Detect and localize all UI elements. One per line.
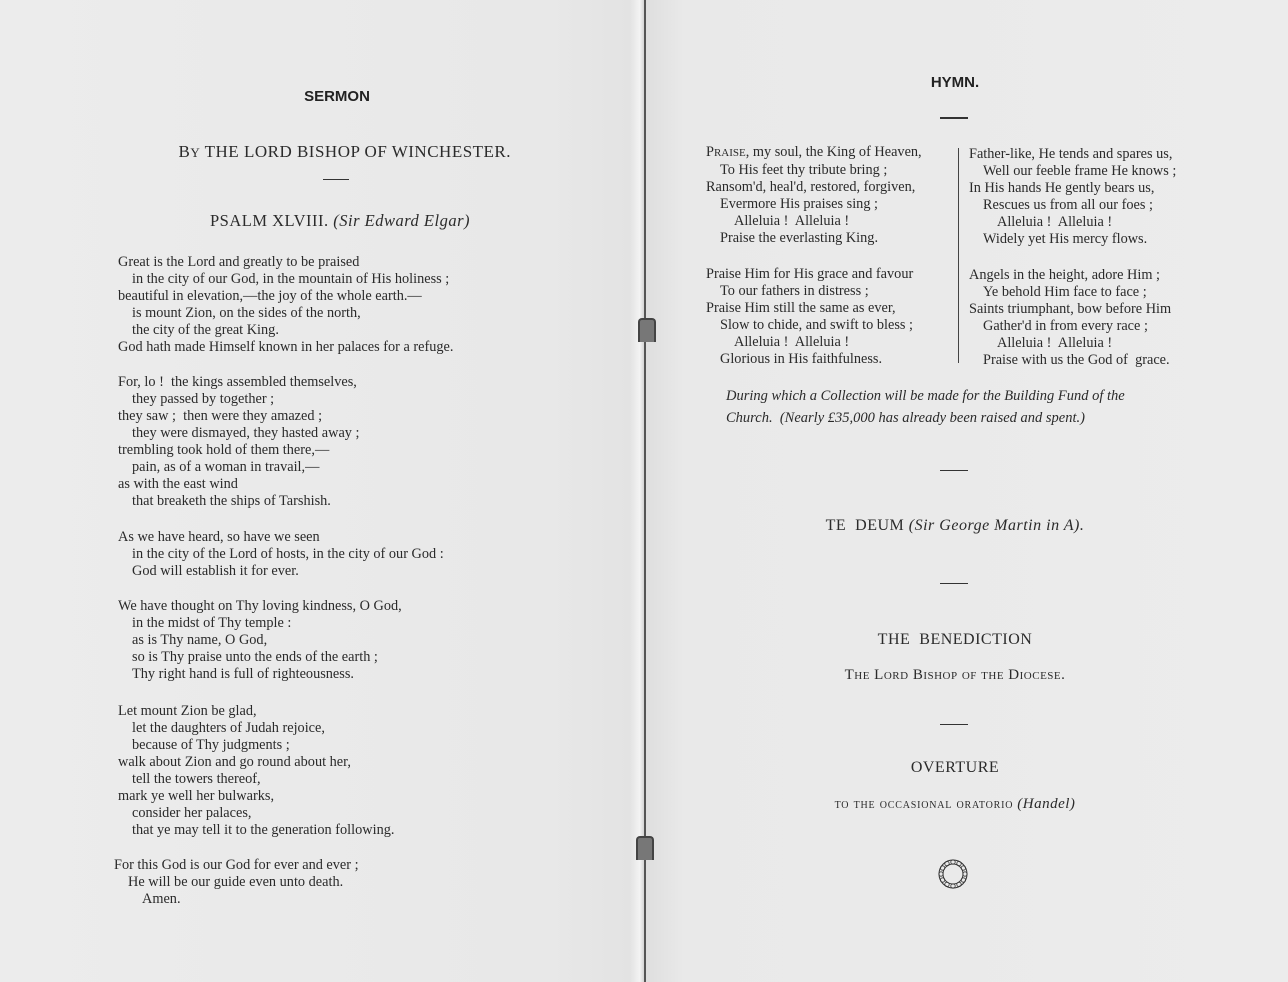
psalm-line: as with the east wind: [118, 476, 538, 493]
psalm-line: consider her palaces,: [118, 805, 538, 822]
hymn-line: In His hands He gently bears us,: [969, 180, 1219, 197]
hymn-line: Well our feeble frame He knows ;: [969, 163, 1219, 180]
psalm-line: beautiful in elevation,—the joy of the w…: [118, 288, 538, 305]
hymn-stanza: Praise Him for His grace and favourTo ou…: [706, 266, 956, 368]
benediction-by: The Lord Bishop of the Diocese.: [780, 667, 1130, 684]
psalm-stanza: For this God is our God for ever and eve…: [114, 857, 538, 908]
section-divider: [940, 470, 968, 471]
hymn-line: Father-like, He tends and spares us,: [969, 146, 1219, 163]
psalm-line: as is Thy name, O God,: [118, 632, 538, 649]
psalm-line: Amen.: [114, 891, 538, 908]
psalm-composer: (Sir Edward Elgar): [333, 211, 470, 230]
psalm-line: in the midst of Thy temple :: [118, 615, 538, 632]
psalm-line: pain, as of a woman in travail,—: [118, 459, 538, 476]
collection-note-line-2: Church. (Nearly £35,000 has already been…: [726, 407, 1206, 429]
psalm-line: the city of the great King.: [118, 322, 538, 339]
psalm-line: in the city of the Lord of hosts, in the…: [118, 546, 538, 563]
psalm-stanza: As we have heard, so have we seenin the …: [118, 529, 538, 580]
overture-composer: (Handel): [1017, 796, 1075, 812]
psalm-line: tell the towers thereof,: [118, 771, 538, 788]
hymn-column-right: Father-like, He tends and spares us,Well…: [969, 146, 1219, 369]
psalm-line: Let mount Zion be glad,: [118, 703, 538, 720]
overture-title: OVERTURE: [855, 759, 1055, 777]
hymn-line: Alleluia ! Alleluia !: [706, 213, 956, 230]
te-deum-title: TE DEUM (Sir George Martin in A).: [780, 517, 1130, 535]
psalm-line: He will be our guide even unto death.: [114, 874, 538, 891]
hymn-line: Alleluia ! Alleluia !: [969, 335, 1219, 352]
benediction-title: THE BENEDICTION: [800, 631, 1110, 649]
psalm-line: they passed by together ;: [118, 391, 538, 408]
psalm-line: they were dismayed, they hasted away ;: [118, 425, 538, 442]
psalm-line: God hath made Himself known in her palac…: [118, 339, 538, 356]
psalm-line: Great is the Lord and greatly to be prai…: [118, 254, 538, 271]
staple-icon: [638, 318, 656, 342]
psalm-line: that ye may tell it to the generation fo…: [118, 822, 538, 839]
hymn-line: Ransom'd, heal'd, restored, forgiven,: [706, 179, 956, 196]
collection-note: During which a Collection will be made f…: [726, 385, 1206, 429]
hymn-column-divider: [958, 148, 959, 363]
sermon-byline-text: BY THE LORD BISHOP OF WINCHESTER.: [178, 142, 511, 161]
section-divider: [940, 117, 968, 119]
psalm-line: let the daughters of Judah rejoice,: [118, 720, 538, 737]
book-spine: [644, 0, 646, 982]
psalm-line: trembling took hold of them there,—: [118, 442, 538, 459]
hymn-line: Saints triumphant, bow before Him: [969, 301, 1219, 318]
spine-shadow: [630, 0, 644, 982]
hymn-line: Praise with us the God of grace.: [969, 352, 1219, 369]
psalm-title-text: PSALM XLVIII.: [210, 211, 329, 230]
overture-subtitle: to the occasional oratorio (Handel): [780, 796, 1130, 813]
psalm-line: mark ye well her bulwarks,: [118, 788, 538, 805]
hymn-line: Praise the everlasting King.: [706, 230, 956, 247]
psalm-line: is mount Zion, on the sides of the north…: [118, 305, 538, 322]
psalm-line: For, lo ! the kings assembled themselves…: [118, 374, 538, 391]
psalm-text: Great is the Lord and greatly to be prai…: [118, 254, 538, 908]
hymn-line: Alleluia ! Alleluia !: [706, 334, 956, 351]
hymn-line: Gather'd in from every race ;: [969, 318, 1219, 335]
hymn-line: Ye behold Him face to face ;: [969, 284, 1219, 301]
collection-note-line-1: During which a Collection will be made f…: [726, 385, 1206, 407]
section-divider: [940, 724, 968, 725]
hymn-line: Angels in the height, adore Him ;: [969, 267, 1219, 284]
hymn-stanza: Father-like, He tends and spares us,Well…: [969, 146, 1219, 248]
hymn-stanza: PRAISE, my soul, the King of Heaven,To H…: [706, 144, 956, 247]
psalm-line: because of Thy judgments ;: [118, 737, 538, 754]
overture-subtitle-text: to the occasional oratorio: [835, 797, 1014, 812]
psalm-line: As we have heard, so have we seen: [118, 529, 538, 546]
hymn-line: To our fathers in distress ;: [706, 283, 956, 300]
hymn-heading: HYMN.: [855, 74, 1055, 91]
hymn-line: Praise Him for His grace and favour: [706, 266, 956, 283]
psalm-line: they saw ; then were they amazed ;: [118, 408, 538, 425]
psalm-stanza: Great is the Lord and greatly to be prai…: [118, 254, 538, 356]
hymn-column-left: PRAISE, my soul, the King of Heaven,To H…: [706, 144, 956, 368]
section-divider: [323, 179, 349, 180]
section-divider: [940, 583, 968, 584]
hymn-line: Evermore His praises sing ;: [706, 196, 956, 213]
psalm-line: walk about Zion and go round about her,: [118, 754, 538, 771]
te-deum-title-text: TE DEUM: [826, 517, 905, 534]
psalm-line: Thy right hand is full of righteousness.: [118, 666, 538, 683]
te-deum-composer: (Sir George Martin in A).: [909, 517, 1085, 534]
hymn-line: Alleluia ! Alleluia !: [969, 214, 1219, 231]
psalm-line: We have thought on Thy loving kindness, …: [118, 598, 538, 615]
psalm-stanza: Let mount Zion be glad,let the daughters…: [118, 703, 538, 839]
psalm-line: For this God is our God for ever and eve…: [114, 857, 538, 874]
psalm-stanza: For, lo ! the kings assembled themselves…: [118, 374, 538, 510]
psalm-line: in the city of our God, in the mountain …: [118, 271, 538, 288]
hymn-line: Praise Him still the same as ever,: [706, 300, 956, 317]
psalm-line: so is Thy praise unto the ends of the ea…: [118, 649, 538, 666]
psalm-stanza: We have thought on Thy loving kindness, …: [118, 598, 538, 683]
hymn-line: PRAISE, my soul, the King of Heaven,: [706, 144, 956, 162]
hymn-line: Glorious in His faithfulness.: [706, 351, 956, 368]
hymn-line: Slow to chide, and swift to bless ;: [706, 317, 956, 334]
sermon-heading: SERMON: [237, 88, 437, 105]
hymn-stanza: Angels in the height, adore Him ;Ye beho…: [969, 267, 1219, 369]
hymn-line: Widely yet His mercy flows.: [969, 231, 1219, 248]
psalm-line: that breaketh the ships of Tarshish.: [118, 493, 538, 510]
staple-icon: [636, 836, 654, 860]
psalm-title: PSALM XLVIII. (Sir Edward Elgar): [160, 211, 520, 231]
hymn-line: To His feet thy tribute bring ;: [706, 162, 956, 179]
wreath-ornament-icon: [934, 855, 972, 893]
psalm-line: God will establish it for ever.: [118, 563, 538, 580]
sermon-byline: BY THE LORD BISHOP OF WINCHESTER.: [140, 122, 540, 162]
hymn-line: Rescues us from all our foes ;: [969, 197, 1219, 214]
